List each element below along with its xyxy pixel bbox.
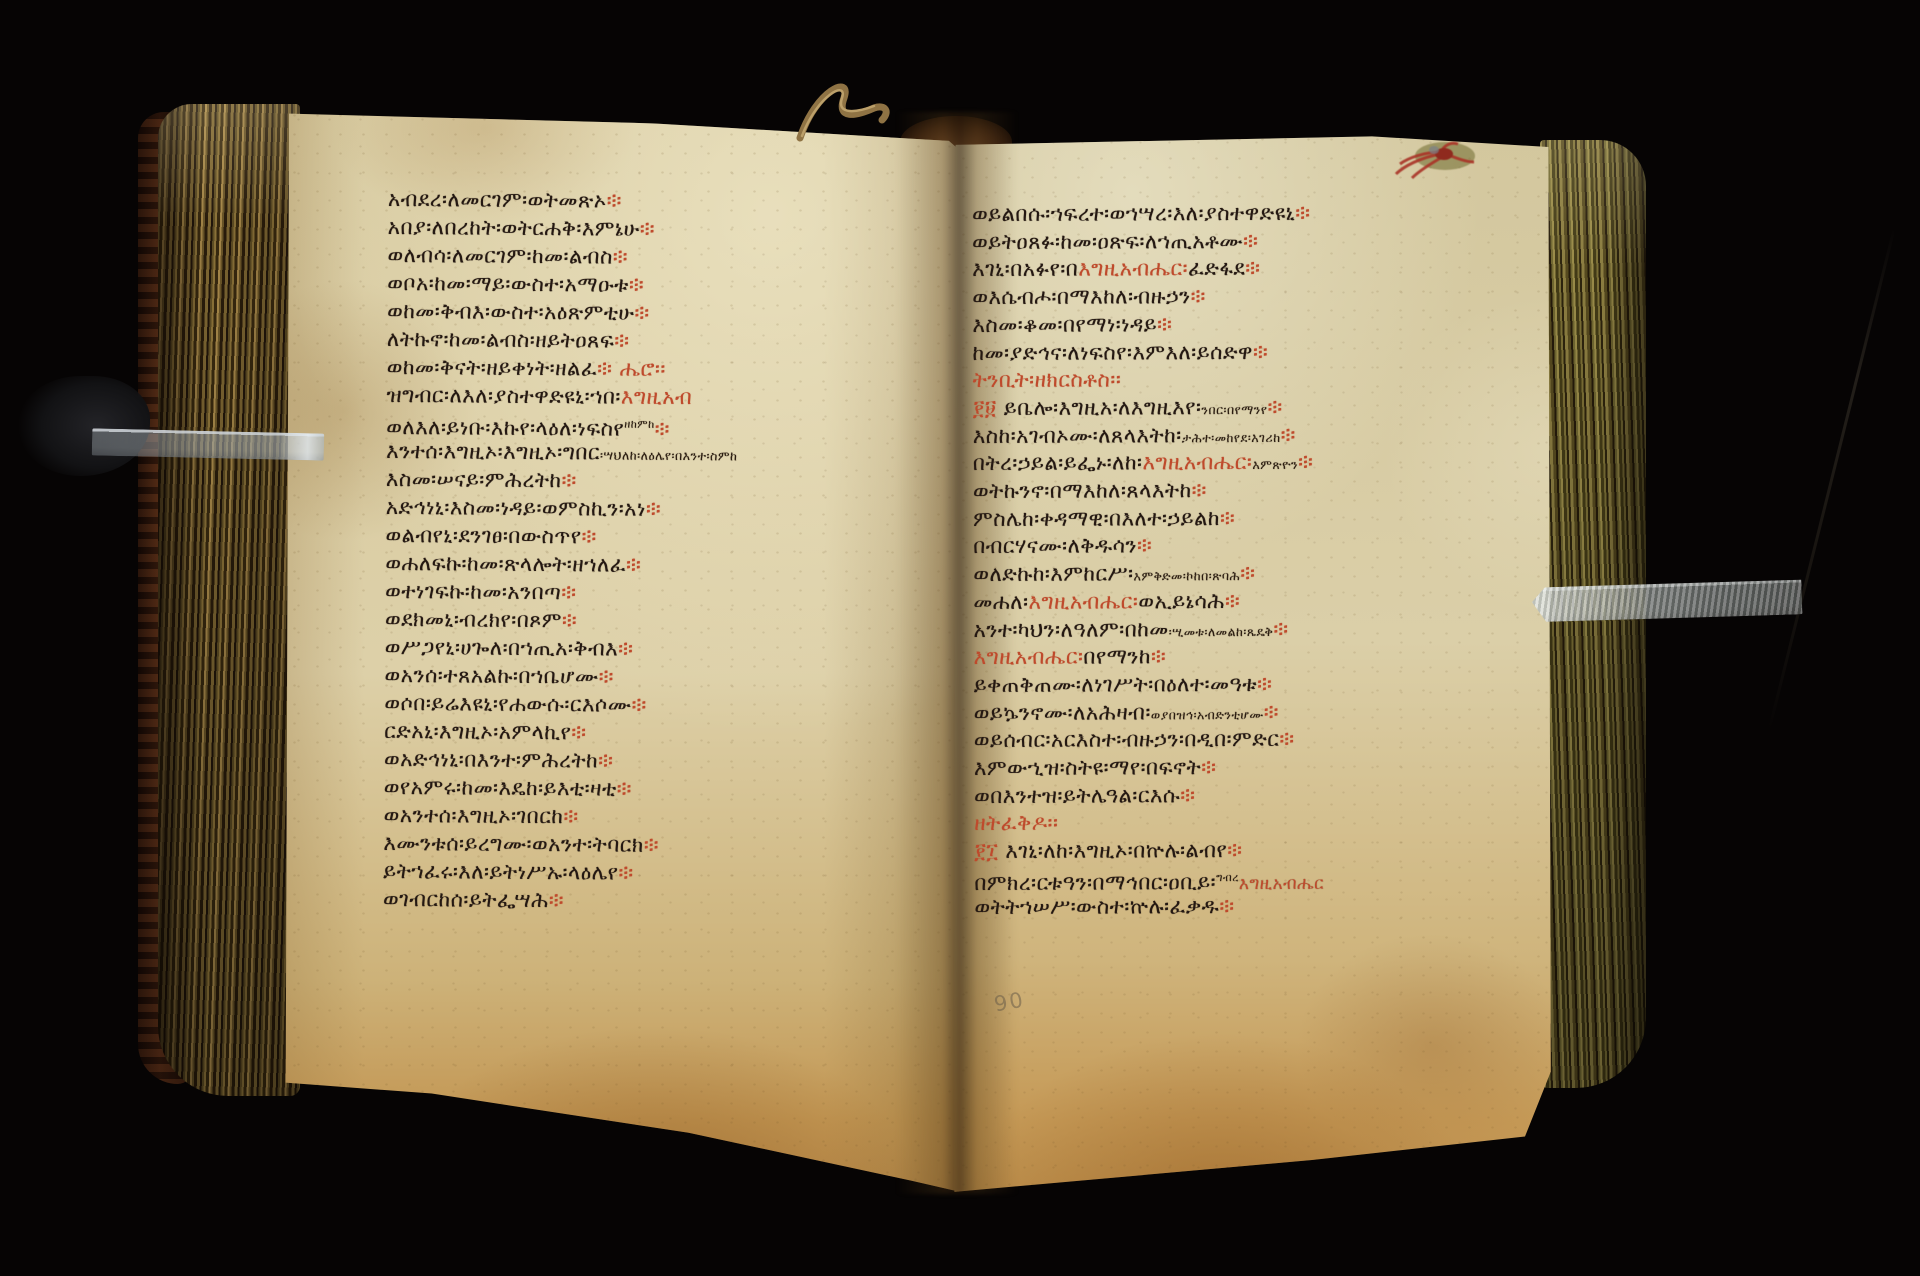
- rubric-text: ፨: [1137, 534, 1152, 558]
- manuscript-line: ወሥጋየኒ፡ሀጐለ፡በኀጢአ፡ቅብእ፨: [385, 635, 634, 661]
- red-ink-rosette-ornament: [1390, 132, 1490, 184]
- rubric-text: ፨: [1243, 229, 1258, 253]
- manuscript-line: እምውኂዝ፡ስትዩ፡ማየ፡በፍኖት፨: [974, 755, 1217, 780]
- gloved-hand: [18, 376, 150, 476]
- ink-text: አንተ፡ካህን፡ለዓለም፡በከመ: [973, 617, 1168, 642]
- ink-text: እስመ፡ሠናይ፡ምሕረትከ: [386, 467, 562, 492]
- rubric-text: ፨: [614, 329, 629, 353]
- manuscript-line: እገኒ፡በአፉየ፡በእግዚአብሔር፡ፈድፋደ፨: [972, 256, 1260, 281]
- manuscript-line: ርድአኒ፡እግዚኦ፡አምላኪየ፨: [384, 719, 587, 744]
- rubric-text: ፨: [607, 189, 622, 213]
- ink-text: በትረ፡ኃይል፡ይፌኑ፡ለከ፡: [973, 451, 1143, 476]
- rubric-text: ፨: [562, 608, 577, 632]
- rubric-text: ፨: [1180, 783, 1195, 807]
- ink-text: እምቅድመ፡ኮከበ፡ጽባሕ: [1133, 568, 1240, 583]
- rubric-text: እግዚአብሔር፡: [1078, 257, 1188, 281]
- ink-text: ከመ፡ያድኅና፡ለነፍስየ፡እምእለ፡ይሰድዋ: [972, 340, 1252, 365]
- rubric-text: ፻፲: [974, 839, 1005, 863]
- rubric-text: ፨: [1220, 506, 1235, 530]
- rubric-text: ፨: [598, 748, 613, 772]
- manuscript-line: ወልብየኒ፡ደንገፀ፡በውስጥየ፨: [385, 523, 596, 548]
- manuscript-line: በምክረ፡ርቱዓን፡በማኅበር፡ዐቢይ፡ግብረእግዚአብሔር: [974, 866, 1324, 897]
- ink-text: አድኅነኒ፡እስመ፡ነዳይ፡ወምስኪን፡አነ: [386, 495, 646, 521]
- ink-text: ምስሌከ፡ቀዳማዊ፡በእለተ፡ኃይልከ: [973, 506, 1220, 531]
- rubric-text: ፨: [644, 833, 659, 857]
- manuscript-line: ይቀጠቅጠሙ፡ለነገሥት፡በዕለተ፡መዓቱ፨: [974, 672, 1273, 697]
- ink-text: እንተሰ፡እግዚኦ፡እግዚኦ፡ግበር: [386, 439, 600, 464]
- manuscript-line: እንተሰ፡እግዚኦ፡እግዚኦ፡ግበር፡ሣህለከ፡ለዕሌየ፡በእንተ፡ስምከ: [386, 439, 737, 468]
- manuscript-line: ከመ፡ያድኅና፡ለነፍስየ፡እምእለ፡ይሰድዋ፨: [972, 339, 1268, 364]
- ink-text: ወትኩንኖ፡በማእከለ፡ጸላእትከ: [973, 478, 1192, 503]
- ink-text: ወለብሳ፡ለመርገም፡ከመ፡ልብስ: [387, 243, 612, 269]
- rubric-text: ፨: [1257, 672, 1272, 696]
- manuscript-line: ወበእንተዝ፡ይትሌዓል፡ርእሱ፨: [974, 783, 1196, 808]
- manuscript-line: ዝግብር፡ለእለ፡ያስተዋድዩኒ፡ኀበ፡እግዚአብ: [386, 383, 692, 409]
- ink-text: ወልብየኒ፡ደንገፀ፡በውስጥየ: [385, 523, 581, 548]
- rubric-text: ፨: [1151, 645, 1166, 669]
- rubric-text: ፨: [1240, 561, 1255, 585]
- manuscript-line: ወሶበ፡ይሬእዩኒ፡የሐውሱ፡ርእሶሙ፨: [384, 691, 647, 717]
- ink-text: አበያ፡ለበረከት፡ወትርሐቅ፡እምኔሁ: [388, 215, 640, 241]
- ink-text: ዘከምከ: [624, 418, 654, 431]
- manuscript-line: ወቦአ፡ከመ፡ማይ፡ውስተ፡አማዑቱ፨: [387, 271, 644, 297]
- manuscript-line: እስመ፡ሠናይ፡ምሕረትከ፨: [386, 467, 577, 492]
- manuscript-line: ወይሰብር፡አርእስተ፡ብዙኃን፡በዲበ፡ምድር፨: [974, 727, 1295, 752]
- left-page-block-fore-edge: [158, 104, 300, 1096]
- manuscript-line: ወከመ፡ቅናት፡ዘይቀነት፡ዘልፈ፨ ሔሮ፡፡: [387, 355, 666, 381]
- manuscript-line: ወአድኅነኒ፡በእንተ፡ምሕረትከ፨: [384, 747, 614, 773]
- rubric-text: ፨: [618, 637, 633, 661]
- ink-text: ወከመ፡ቅብእ፡ውስተ፡አዕጽምቲሁ: [387, 299, 634, 325]
- ink-text: ርድአኒ፡እግዚኦ፡አምላኪየ: [384, 719, 571, 744]
- rubric-text: ፨: [563, 804, 578, 828]
- rubric-text: ፨: [1225, 589, 1240, 613]
- rubric-text: ፨: [631, 693, 646, 717]
- rubric-text: እግዚአብሔር፡: [1028, 589, 1138, 613]
- ink-text: ወአንተሰ፡እግዚኦ፡ገበርከ: [384, 803, 564, 828]
- ink-text: ወይሰብር፡አርእስተ፡ብዙኃን፡በዲበ፡ምድር: [974, 727, 1280, 752]
- ink-text: እስከ፡አገብኦሙ፡ለጸላእትከ፡: [973, 423, 1182, 448]
- ink-text: ወለድኩከ፡እምከርሥ፡: [973, 562, 1133, 587]
- ink-text: ወኢይኔሳሕ: [1138, 589, 1225, 613]
- ink-text: ይቀጠቅጠሙ፡ለነገሥት፡በዕለተ፡መዓቱ: [974, 672, 1257, 697]
- ink-text: ወደክመኒ፡ብረክየ፡በጾም: [385, 607, 562, 632]
- rubric-text: ፨: [549, 888, 564, 912]
- rubric-text: ፨: [1267, 395, 1282, 419]
- manuscript-line: አብደረ፡ለመርገም፡ወትመጽኦ፨: [388, 187, 622, 213]
- ink-text: እምውኂዝ፡ስትዩ፡ማየ፡በፍኖት: [974, 755, 1201, 780]
- ink-text: ወአድኅነኒ፡በእንተ፡ምሕረትከ: [384, 747, 598, 772]
- ink-text: እስመ፡ቆመ፡በየማነ፡ነዳይ: [972, 312, 1157, 337]
- rubric-text: ፨: [655, 417, 670, 441]
- rubric-text: ፻፱: [973, 396, 1004, 420]
- bookmark-string-icon: [786, 68, 906, 146]
- rubric-text: ፨: [1219, 894, 1234, 918]
- rubric-text: ፨ ሔሮ፡፡: [597, 356, 666, 380]
- ink-text: ወይትዐጸፉ፡ከመ፡ዐጽፍ፡ለኀጢአቶሙ: [972, 229, 1243, 254]
- ink-text: ይትኀፈሩ፡እለ፡ይትነሥኡ፡ላዕሌየ: [383, 859, 618, 885]
- manuscript-line: ወአንተሰ፡እግዚኦ፡ገበርከ፨: [384, 803, 579, 828]
- ink-text: እምጽዮን: [1252, 457, 1298, 472]
- rubric-text: ፨: [646, 497, 661, 521]
- rubric-text: ፨: [561, 468, 576, 492]
- manuscript-line: አበያ፡ለበረከት፡ወትርሐቅ፡እምኔሁ፨: [388, 215, 655, 241]
- rubric-text: እግዚአብሔር፡: [1142, 450, 1252, 474]
- manuscript-line: እግዚአብሔር፡በየማንከ፨: [974, 645, 1167, 670]
- ink-text: ግብረ: [1216, 871, 1239, 884]
- ink-text: ወቦአ፡ከመ፡ማይ፡ውስተ፡አማዑቱ: [387, 271, 629, 297]
- ink-text: ወሶበ፡ይሬእዩኒ፡የሐውሱ፡ርእሶሙ: [384, 691, 631, 717]
- rubric-text: ፨: [1245, 256, 1260, 280]
- ink-text: ንበር፡በየማንየ: [1201, 402, 1267, 417]
- manuscript-line: አንተ፡ካህን፡ለዓለም፡በከመ፡ሢመቱ፡ለመልከ፡ጼዴቅ፨: [973, 616, 1288, 644]
- ink-text: እገኒ፡ለከ፡እግዚኦ፡በኵሉ፡ልብየ: [1005, 838, 1227, 863]
- manuscript-line: ወተነገፍኩ፡ከመ፡አንበጣ፨: [385, 579, 577, 604]
- manuscript-line: እሙንቱሰ፡ይረግሙ፡ወአንተ፡ትባርክ፨: [383, 831, 659, 857]
- rubric-text: ፨: [629, 273, 644, 297]
- manuscript-line: ዘትፈቅዶ፡፡: [974, 811, 1058, 835]
- manuscript-line: በትረ፡ኃይል፡ይፌኑ፡ለከ፡እግዚአብሔር፡እምጽዮን፨: [973, 450, 1313, 478]
- ink-text: ወይኴንኖሙ፡ለአሕዛብ፡: [974, 700, 1151, 725]
- manuscript-line: በብርሃናሙ፡ለቅዱሳን፨: [973, 534, 1152, 559]
- manuscript-line: መሐለ፡እግዚአብሔር፡ወኢይኔሳሕ፨: [973, 589, 1240, 614]
- rubric-text: ፨: [634, 301, 649, 325]
- ink-text: ፡ሣህለከ፡ለዕሌየ፡በእንተ፡ስምከ: [600, 447, 737, 463]
- manuscript-line: እስከ፡አገብኦሙ፡ለጸላእትከ፡ታሕተ፡መከየደ፡እገሪከ፨: [973, 422, 1296, 450]
- rubric-text: ፨: [640, 217, 655, 241]
- manuscript-line: ለትኩኖ፡ከመ፡ልብስ፡ዘይትዐጸፍ፨: [387, 327, 630, 353]
- ink-text: ወለእለ፡ይነቡ፡እኩየ፡ላዕለ፡ነፍስየ: [386, 415, 624, 441]
- ink-text: ወሥጋየኒ፡ሀጐለ፡በኀጢአ፡ቅብእ: [385, 635, 619, 661]
- manuscript-line: አድኅነኒ፡እስመ፡ነዳይ፡ወምስኪን፡አነ፨: [386, 495, 662, 521]
- manuscript-line: ወይልበሱ፡ኀፍረተ፡ወኀሣረ፡እለ፡ያስተዋድዩኒ፨: [972, 201, 1310, 226]
- manuscript-line: ፻፲ እገኒ፡ለከ፡እግዚኦ፡በኵሉ፡ልብየ፨: [974, 838, 1242, 863]
- ink-text: ወከመ፡ቅናት፡ዘይቀነት፡ዘልፈ: [387, 355, 598, 380]
- manuscript-line: እስመ፡ቆመ፡በየማነ፡ነዳይ፨: [972, 312, 1172, 337]
- manuscript-line: ምስሌከ፡ቀዳማዊ፡በእለተ፡ኃይልከ፨: [973, 506, 1235, 531]
- rubric-text: ፨: [1253, 339, 1268, 363]
- manuscript-line: ወይትዐጸፉ፡ከመ፡ዐጽፍ፡ለኀጢአቶሙ፨: [972, 229, 1258, 254]
- manuscript-line: ፻፱ ይቤሎ፡እግዚአ፡ለእግዚእየ፡ንበር፡በየማንየ፨: [973, 395, 1283, 423]
- ink-text: አብደረ፡ለመርገም፡ወትመጽኦ: [388, 187, 607, 213]
- rubric-text: ፨: [571, 720, 586, 744]
- manuscript-photo-stage: አብደረ፡ለመርገም፡ወትመጽኦ፨አበያ፡ለበረከት፡ወትርሐቅ፡እምኔሁ፨ወለ…: [0, 0, 1920, 1276]
- manuscript-line: ወደክመኒ፡ብረክየ፡በጾም፨: [385, 607, 577, 632]
- manuscript-line: ትንቢት፡ዘክርስቶስ፡፡: [973, 368, 1122, 393]
- rubric-text: ፨: [561, 580, 576, 604]
- ink-text: በየማንከ: [1083, 645, 1151, 669]
- rubric-text: ፨: [613, 245, 628, 269]
- ink-text: እሙንቱሰ፡ይረግሙ፡ወአንተ፡ትባርክ: [383, 831, 644, 857]
- rubric-text: ፨: [1191, 284, 1206, 308]
- ink-text: ይቤሎ፡እግዚአ፡ለእግዚእየ፡: [1004, 395, 1202, 420]
- ink-text: ወይልበሱ፡ኀፍረተ፡ወኀሣረ፡እለ፡ያስተዋድዩኒ: [972, 201, 1295, 226]
- manuscript-line: ወየአምሩ፡ከመ፡እዴከ፡ይእቲ፡ዛቲ፨: [384, 775, 632, 801]
- rubric-text: ፨: [618, 861, 633, 885]
- rubric-text: ፨: [626, 553, 641, 577]
- rubric-text: ትንቢት፡ዘክርስቶስ፡፡: [973, 368, 1122, 393]
- manuscript-line: ወለእለ፡ይነቡ፡እኩየ፡ላዕለ፡ነፍስየዘከምከ፨: [386, 411, 670, 441]
- manuscript-line: ወትትኀሠሥ፡ውስተ፡ኵሉ፡ፈቃዱ፨: [974, 894, 1234, 919]
- ink-text: ወየአምሩ፡ከመ፡እዴከ፡ይእቲ፡ዛቲ: [384, 775, 617, 801]
- rubric-text: ፨: [1157, 312, 1172, 336]
- rubric-text: ፨: [1201, 755, 1216, 779]
- ink-text: ታሕተ፡መከየደ፡እገሪከ: [1182, 430, 1281, 445]
- manuscript-line: ይትኀፈሩ፡እለ፡ይትነሥኡ፡ላዕሌየ፨: [383, 859, 634, 885]
- ink-text: ወአንሰ፡ተጸአልኩ፡በኀቤሆሙ: [385, 663, 599, 688]
- rubric-text: ፨: [1264, 700, 1279, 724]
- ink-text: እገኒ፡በአፉየ፡በ: [972, 257, 1078, 281]
- rubric-text: ፨: [1192, 478, 1207, 502]
- rubric-text: ፨: [1298, 450, 1313, 474]
- rubric-text: ፨: [1281, 422, 1296, 446]
- stray-fiber: [1767, 227, 1896, 732]
- ink-text: ፈድፋደ: [1188, 256, 1245, 280]
- ink-text: በምክረ፡ርቱዓን፡በማኅበር፡ዐቢይ፡: [974, 870, 1216, 895]
- manuscript-line: ወሐለፍኩ፡ከመ፡ጽላሎት፡ዘኀለፈ፨: [385, 551, 641, 577]
- rubric-text: ፨: [599, 664, 614, 688]
- glass-weight-left: [92, 428, 325, 460]
- rubric-text: ፨: [617, 777, 632, 801]
- ink-text: ወያበዝኅ፡አብድንቲሆሙ: [1151, 707, 1264, 722]
- rubric-text: እግዚአብሔር፡: [974, 645, 1084, 669]
- ink-text: ወትትኀሠሥ፡ውስተ፡ኵሉ፡ፈቃዱ: [974, 894, 1219, 919]
- ink-text: መሐለ፡: [973, 590, 1028, 614]
- manuscript-line: ወትኩንኖ፡በማእከለ፡ጸላእትከ፨: [973, 478, 1207, 503]
- rubric-text: ፨: [1227, 838, 1242, 862]
- ink-text: ወገብርከሰ፡ይትፌሣሕ: [383, 887, 549, 912]
- rubric-text: ፨: [1279, 727, 1294, 751]
- rubric-text: እግዚአብ: [621, 385, 692, 409]
- ink-text: ወበእንተዝ፡ይትሌዓል፡ርእሱ: [974, 783, 1180, 808]
- rubric-text: ፨: [1295, 201, 1310, 225]
- manuscript-line: ወለድኩከ፡እምከርሥ፡እምቅድመ፡ኮከበ፡ጽባሕ፨: [973, 561, 1255, 589]
- rubric-text: እግዚአብሔር: [1239, 874, 1324, 894]
- manuscript-line: ወከመ፡ቅብእ፡ውስተ፡አዕጽምቲሁ፨: [387, 299, 650, 325]
- ink-text: ወእሴብሖ፡በማእከለ፡ብዙኃን: [972, 284, 1190, 309]
- rubric-text: ፨: [582, 524, 597, 548]
- manuscript-line: ወአንሰ፡ተጸአልኩ፡በኀቤሆሙ፨: [385, 663, 614, 689]
- ink-text: በብርሃናሙ፡ለቅዱሳን: [973, 534, 1137, 559]
- ink-text: ለትኩኖ፡ከመ፡ልብስ፡ዘይትዐጸፍ: [387, 327, 615, 353]
- ink-text: ዝግብር፡ለእለ፡ያስተዋድዩኒ፡ኀበ፡: [386, 383, 621, 409]
- manuscript-line: ወይኴንኖሙ፡ለአሕዛብ፡ወያበዝኅ፡አብድንቲሆሙ፨: [974, 700, 1279, 728]
- rubric-text: ዘትፈቅዶ፡፡: [974, 811, 1058, 835]
- rubric-text: ፨: [1273, 616, 1288, 640]
- manuscript-line: ወእሴብሖ፡በማእከለ፡ብዙኃን፨: [972, 284, 1206, 309]
- manuscript-line: ወለብሳ፡ለመርገም፡ከመ፡ልብስ፨: [387, 243, 628, 269]
- ink-text: ወሐለፍኩ፡ከመ፡ጽላሎት፡ዘኀለፈ: [385, 551, 626, 577]
- ink-text: ወተነገፍኩ፡ከመ፡አንበጣ: [385, 579, 561, 604]
- manuscript-line: ወገብርከሰ፡ይትፌሣሕ፨: [383, 887, 564, 912]
- ink-text: ፡ሢመቱ፡ለመልከ፡ጼዴቅ: [1169, 623, 1274, 638]
